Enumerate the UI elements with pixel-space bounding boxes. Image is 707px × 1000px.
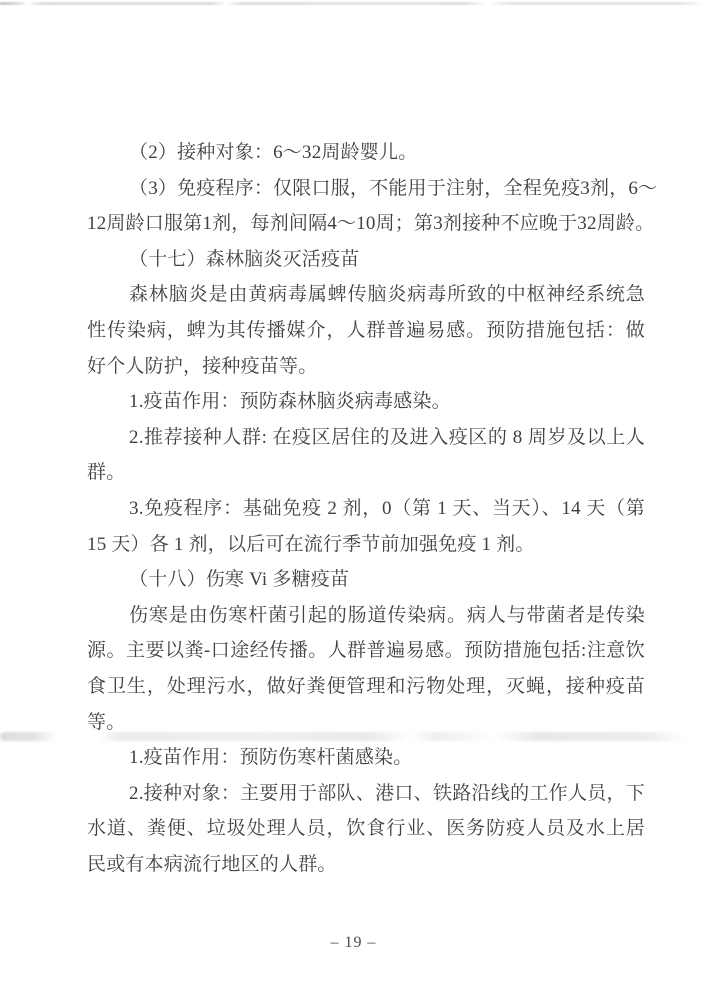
text-line: 伤寒是由伤寒杆菌引起的肠道传染病。病人与带菌者是传染 — [87, 598, 645, 634]
text-line: 12周龄口服第1剂，每剂间隔4～10周；第3剂接种不应晚于32周龄。 — [87, 206, 645, 242]
text-line: 3.免疫程序：基础免疫 2 剂，0（第 1 天、当天）、14 天（第 — [87, 491, 645, 527]
text-line: 2.推荐接种人群: 在疫区居住的及进入疫区的 8 周岁及以上人 — [87, 420, 645, 456]
document-body: （2）接种对象：6～32周龄婴儿。（3）免疫程序：仅限口服，不能用于注射，全程免… — [87, 135, 645, 882]
text-line: 食卫生，处理污水，做好粪便管理和污物处理，灭蝇，接种疫苗 — [87, 669, 645, 705]
text-line: 源。主要以粪-口途经传播。人群普遍易感。预防措施包括:注意饮 — [87, 633, 645, 669]
document-page: （2）接种对象：6～32周龄婴儿。（3）免疫程序：仅限口服，不能用于注射，全程免… — [0, 0, 707, 1000]
text-line: 水道、粪便、垃圾处理人员，饮食行业、医务防疫人员及水上居 — [87, 811, 645, 847]
text-line: 1.疫苗作用：预防森林脑炎病毒感染。 — [87, 384, 645, 420]
text-line: 性传染病，蜱为其传播媒介，人群普遍易感。预防措施包括：做 — [87, 313, 645, 349]
scan-artifact-top-edge — [0, 2, 707, 5]
text-line: 群。 — [87, 455, 645, 491]
text-line: 民或有本病流行地区的人群。 — [87, 847, 645, 883]
text-line: （十八）伤寒 Vi 多糖疫苗 — [87, 562, 645, 598]
text-line: （3）免疫程序：仅限口服，不能用于注射，全程免疫3剂，6～ — [87, 171, 645, 207]
text-line: （十七）森林脑炎灭活疫苗 — [87, 242, 645, 278]
text-line: 森林脑炎是由黄病毒属蜱传脑炎病毒所致的中枢神经系统急 — [87, 277, 645, 313]
text-line: 等。 — [87, 705, 645, 741]
text-line: 好个人防护，接种疫苗等。 — [87, 349, 645, 385]
text-line: 15 天）各 1 剂，以后可在流行季节前加强免疫 1 剂。 — [87, 527, 645, 563]
page-number: – 19 – — [0, 934, 707, 952]
text-line: 2.接种对象：主要用于部队、港口、铁路沿线的工作人员，下 — [87, 776, 645, 812]
text-line: 1.疫苗作用：预防伤寒杆菌感染。 — [87, 740, 645, 776]
text-line: （2）接种对象：6～32周龄婴儿。 — [87, 135, 645, 171]
